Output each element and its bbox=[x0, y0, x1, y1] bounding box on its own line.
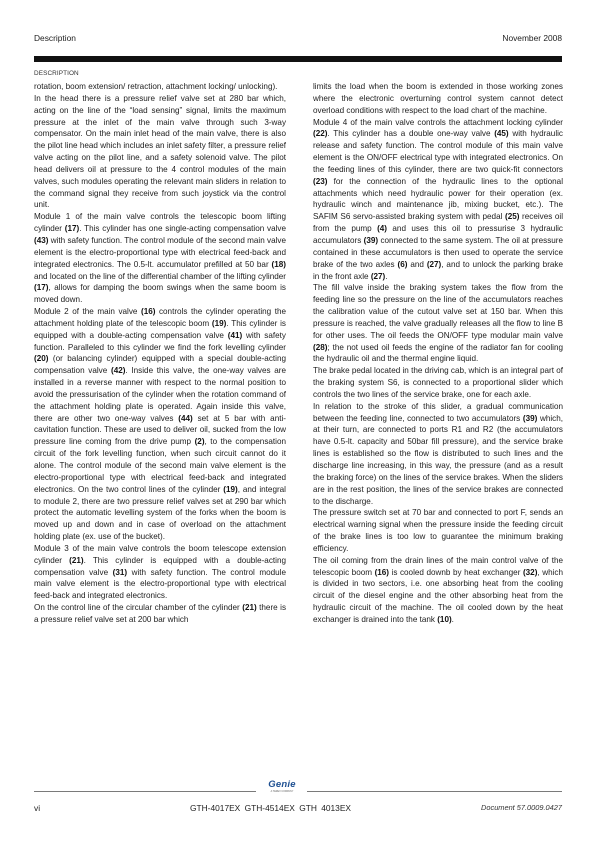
reference-number: (22) bbox=[313, 129, 327, 138]
paragraph: Module 1 of the main valve controls the … bbox=[34, 211, 286, 306]
text-run: . This cylinder has a double one-way val… bbox=[327, 129, 494, 138]
reference-number: (23) bbox=[313, 177, 327, 186]
reference-number: (18) bbox=[272, 260, 286, 269]
text-run: with safety function. The control module… bbox=[34, 236, 286, 269]
text-run: and located on the line of the different… bbox=[34, 272, 286, 281]
reference-number: (17) bbox=[34, 283, 48, 292]
paragraph: The oil coming from the drain lines of t… bbox=[313, 555, 563, 626]
reference-number: (25) bbox=[505, 212, 519, 221]
reference-number: (44) bbox=[178, 414, 192, 423]
reference-number: (41) bbox=[228, 331, 242, 340]
text-run: limits the load when the boom is extende… bbox=[313, 82, 563, 115]
section-label: DESCRIPTION bbox=[34, 70, 79, 77]
paragraph: The fill valve inside the braking system… bbox=[313, 282, 563, 365]
text-run: Module 2 of the main valve bbox=[34, 307, 141, 316]
text-column-right: limits the load when the boom is extende… bbox=[313, 81, 563, 626]
paragraph: In relation to the stroke of this slider… bbox=[313, 401, 563, 508]
reference-number: (21) bbox=[69, 556, 83, 565]
reference-number: (39) bbox=[364, 236, 378, 245]
reference-number: (39) bbox=[523, 414, 537, 423]
reference-number: (31) bbox=[113, 568, 127, 577]
reference-number: (45) bbox=[494, 129, 508, 138]
text-run: The pressure switch set at 70 bar and co… bbox=[313, 508, 563, 553]
reference-number: (16) bbox=[375, 568, 389, 577]
text-run: On the control line of the circular cham… bbox=[34, 603, 242, 612]
footer-rule-right bbox=[307, 791, 562, 792]
reference-number: (27) bbox=[427, 260, 441, 269]
reference-number: (19) bbox=[223, 485, 237, 494]
reference-number: (10) bbox=[437, 615, 451, 624]
document-number: Document 57.0009.0427 bbox=[481, 803, 562, 812]
genie-logo-text: Genie bbox=[257, 780, 307, 790]
paragraph: In the head there is a pressure relief v… bbox=[34, 93, 286, 211]
reference-number: (32) bbox=[523, 568, 537, 577]
text-run: ; the not used oil feeds the engine of t… bbox=[313, 343, 563, 364]
paragraph: Module 3 of the main valve controls the … bbox=[34, 543, 286, 602]
paragraph: Module 2 of the main valve (16) controls… bbox=[34, 306, 286, 543]
text-run: which, at their turn, are connected to p… bbox=[313, 414, 563, 506]
text-run: , allows for damping the boom swings whe… bbox=[34, 283, 286, 304]
text-run: The fill valve inside the braking system… bbox=[313, 283, 563, 339]
reference-number: (16) bbox=[141, 307, 155, 316]
reference-number: (21) bbox=[242, 603, 256, 612]
reference-number: (28) bbox=[313, 343, 327, 352]
reference-number: (4) bbox=[377, 224, 387, 233]
model-numbers: GTH-4017EX GTH-4514EX GTH 4013EX bbox=[190, 803, 351, 813]
reference-number: (20) bbox=[34, 354, 48, 363]
reference-number: (27) bbox=[371, 272, 385, 281]
text-run: The brake pedal located in the driving c… bbox=[313, 366, 563, 399]
text-run: rotation, boom extension/ retraction, at… bbox=[34, 82, 277, 91]
text-run: Module 4 of the main valve controls the … bbox=[313, 118, 563, 127]
reference-number: (17) bbox=[65, 224, 79, 233]
paragraph: The brake pedal located in the driving c… bbox=[313, 365, 563, 401]
text-run: . bbox=[452, 615, 454, 624]
reference-number: (19) bbox=[212, 319, 226, 328]
genie-logo: Genie A TEREX COMPANY bbox=[257, 780, 307, 793]
paragraph: rotation, boom extension/ retraction, at… bbox=[34, 81, 286, 93]
text-run: . bbox=[385, 272, 387, 281]
header-section-title: Description bbox=[34, 33, 76, 43]
paragraph: On the control line of the circular cham… bbox=[34, 602, 286, 626]
text-column-left: rotation, boom extension/ retraction, at… bbox=[34, 81, 286, 626]
reference-number: (43) bbox=[34, 236, 48, 245]
page-number: vi bbox=[34, 803, 40, 813]
text-run: and bbox=[407, 260, 426, 269]
text-run: . This cylinder has one single-acting co… bbox=[79, 224, 286, 233]
header-date: November 2008 bbox=[502, 33, 562, 43]
paragraph: Module 4 of the main valve controls the … bbox=[313, 117, 563, 283]
header-rule bbox=[34, 56, 562, 62]
footer-rule-left bbox=[34, 791, 256, 792]
paragraph: limits the load when the boom is extende… bbox=[313, 81, 563, 117]
genie-logo-subtext: A TEREX COMPANY bbox=[257, 790, 307, 793]
paragraph: The pressure switch set at 70 bar and co… bbox=[313, 507, 563, 554]
reference-number: (42) bbox=[111, 366, 125, 375]
reference-number: (6) bbox=[398, 260, 408, 269]
text-run: is cooled downb by heat exchanger bbox=[389, 568, 523, 577]
reference-number: (2) bbox=[195, 437, 205, 446]
text-run: In the head there is a pressure relief v… bbox=[34, 94, 286, 210]
